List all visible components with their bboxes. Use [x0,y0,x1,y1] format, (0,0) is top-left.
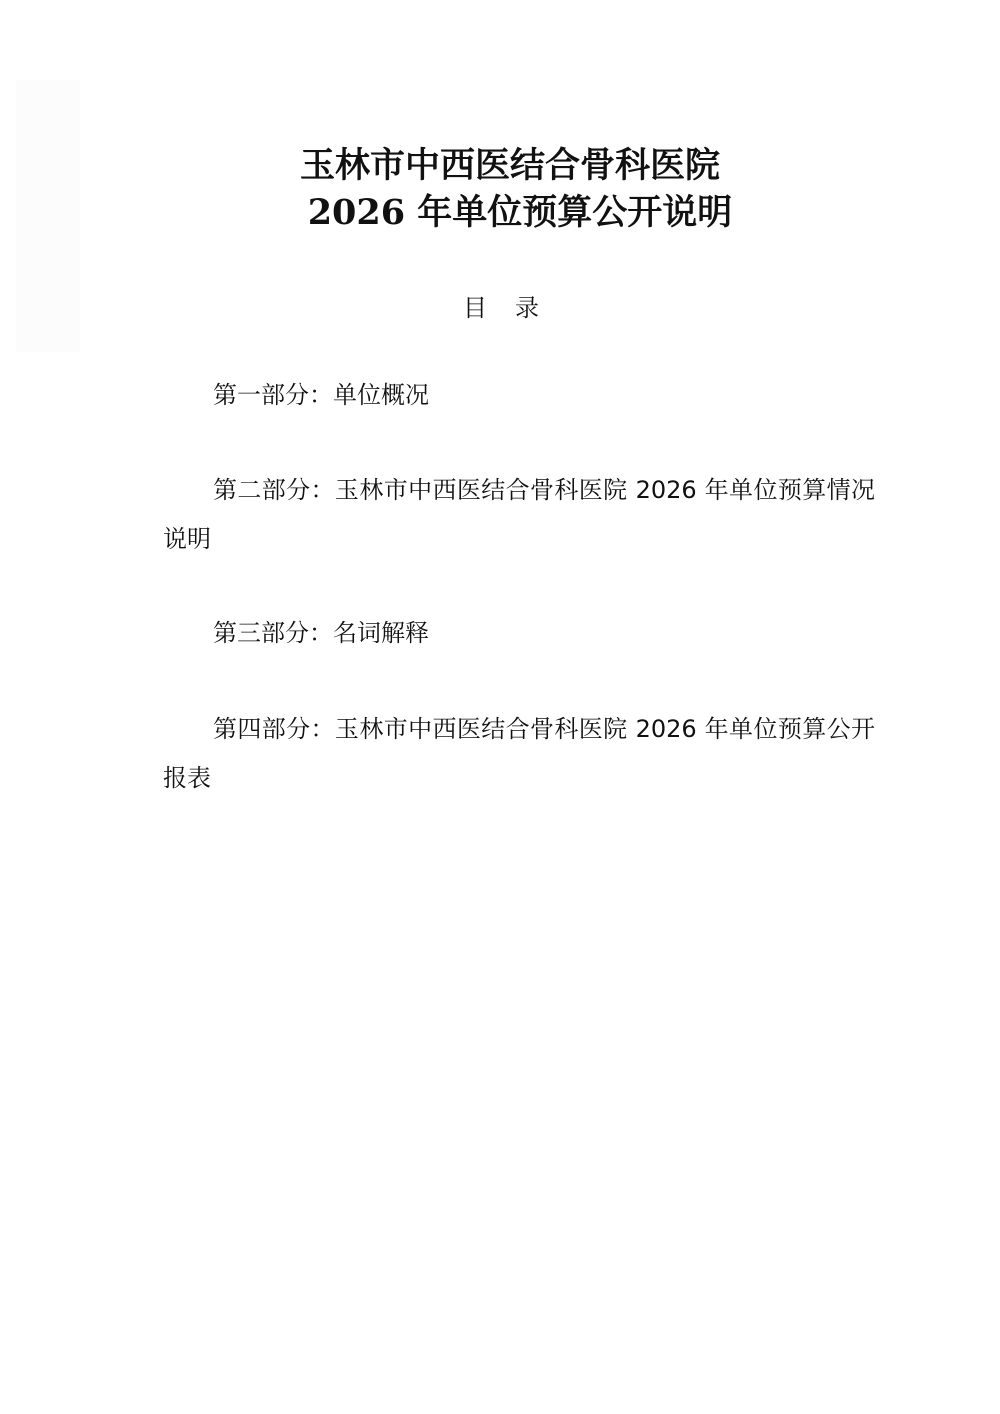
toc-item-part-3: 第三部分：名词解释 [163,609,875,658]
toc-item-part-2: 第二部分：玉林市中西医结合骨科医院 2026 年单位预算情况说明 [163,466,875,564]
toc-heading: 目录 [0,288,1000,323]
toc-item-part-4: 第四部分：玉林市中西医结合骨科医院 2026 年单位预算公开报表 [163,705,875,803]
document-title-line-1: 玉林市中西医结合骨科医院 [10,138,1000,188]
toc-item-part-1: 第一部分：单位概况 [163,371,875,420]
document-title-line-2: 2026 年单位预算公开说明 [20,185,1000,235]
